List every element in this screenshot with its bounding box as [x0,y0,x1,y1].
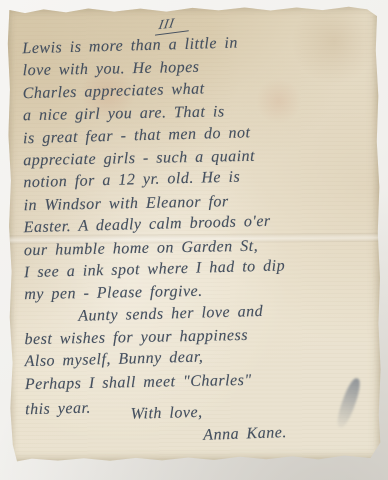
page-number: III [155,13,192,36]
closing-phrase: With love, [130,404,202,424]
letter-content: III Lewis is more than a little in love … [22,13,373,455]
final-line: this year. With love, [25,393,373,425]
signature: Anna Kane. [203,424,287,444]
letter-line: this year. [25,400,91,419]
letter-paper: III Lewis is more than a little in love … [6,5,381,464]
signature-row: Anna Kane. [25,421,374,459]
letter-body: Lewis is more than a little in love with… [23,38,374,455]
